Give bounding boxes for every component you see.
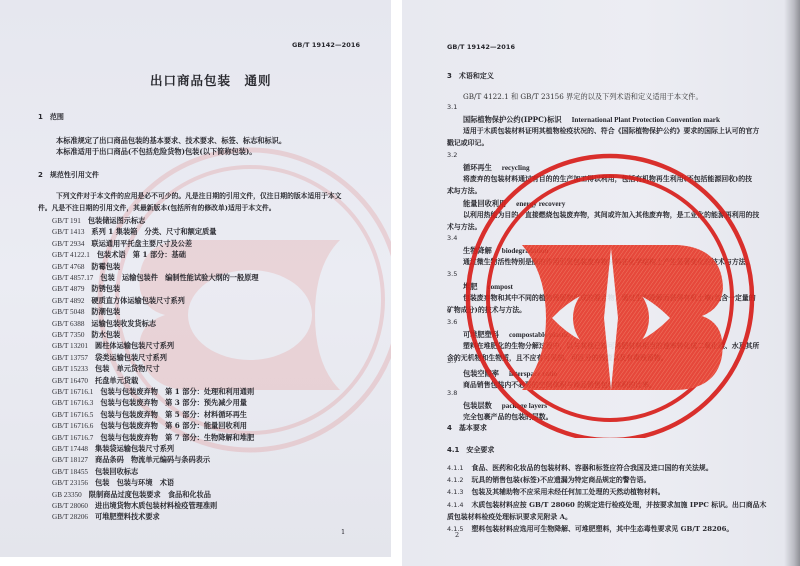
reference-title: 包装与包装废弃物 第 7 部分：生物降解和堆肥 (100, 433, 254, 442)
section-3-heading: 3 术语和定义 (447, 72, 494, 81)
reference-item: GB/T 16716.7包装与包装废弃物 第 7 部分：生物降解和堆肥 (52, 433, 254, 443)
reference-title: 硬质直方体运输包装尺寸系列 (91, 296, 184, 305)
page-header: GB/T 19142—2016 (447, 43, 515, 52)
reference-code: GB/T 16470 (52, 377, 88, 386)
section-2-intro: 下列文件对于本文件的应用是必不可少的。凡是注日期的引用文件，仅注日期的版本适用于… (56, 192, 341, 201)
page-header: GB/T 19142—2016 (292, 41, 360, 50)
requirement-number: 4.1.2 (447, 476, 464, 484)
reference-code: GB/T 18127 (52, 456, 88, 465)
reference-item: GB/T 16716.5包装与包装废弃物 第 5 部分：材料循环再生 (52, 410, 247, 420)
reference-title: 包装与包装废弃物 第 3 部分：预先减少用量 (100, 398, 247, 407)
reference-code: GB/T 16716.5 (52, 411, 93, 420)
reference-title: 可堆肥塑料技术要求 (95, 512, 160, 521)
reference-title: 包装 单元货物尺寸 (95, 364, 160, 373)
term-heading: 国际植物保护公约(IPPC)标识International Plant Prot… (463, 115, 720, 125)
reference-item: GB 23350限制商品过度包装要求 食品和化妆品 (52, 490, 211, 500)
reference-title: 集装袋运输包装尺寸系列 (95, 444, 174, 453)
reference-code: GB/T 4879 (52, 285, 84, 294)
requirement-item: 4.1.5塑料包装材料应选用可生物降解、可堆肥塑料，其中生态毒性要求见 GB/T… (447, 525, 733, 534)
term-number: 3.2 (447, 151, 457, 160)
reference-item: GB/T 17448集装袋运输包装尺寸系列 (52, 444, 174, 454)
reference-title: 包装与包装废弃物 第 1 部分：处理和利用通则 (100, 387, 254, 396)
reference-title: 包装储运图示标志 (88, 216, 146, 225)
reference-code: GB/T 4122.1 (52, 251, 90, 260)
reference-code: GB/T 16716.1 (52, 388, 93, 397)
reference-item: GB/T 1413系列 1 集装箱 分类、尺寸和额定质量 (52, 227, 216, 237)
term-english: International Plant Protection Conventio… (572, 116, 720, 124)
requirement-number: 4.1.4 (447, 501, 464, 509)
reference-code: GB/T 28206 (52, 513, 88, 522)
reference-code: GB/T 4892 (52, 297, 84, 306)
reference-item: GB/T 4892硬质直方体运输包装尺寸系列 (52, 296, 185, 306)
reference-title: 包装术语 第 1 部分：基础 (97, 250, 186, 259)
term-number: 3.3 (447, 187, 457, 196)
reference-title: 袋类运输包装尺寸系列 (95, 353, 167, 362)
reference-code: GB/T 28060 (52, 502, 88, 511)
reference-code: GB/T 15233 (52, 365, 88, 374)
reference-title: 限制商品过度包装要求 食品和化妆品 (89, 490, 211, 499)
requirement-number: 4.1.1 (447, 464, 464, 472)
section-1-paragraph: 本标准适用于出口商品(不包括危险货物)包装(以下简称包装)。 (56, 147, 256, 156)
reference-item: GB/T 18455包装回收标志 (52, 467, 138, 477)
reference-title: 运输包装收发货标志 (91, 319, 156, 328)
document-title: 出口商品包装 通则 (150, 76, 272, 85)
reference-item: GB/T 13201圆柱体运输包装尺寸系列 (52, 341, 174, 351)
section-3-intro: GB/T 4122.1 和 GB/T 23156 界定的以及下列术语和定义适用于… (463, 92, 703, 101)
reference-code: GB/T 23156 (52, 479, 88, 488)
section-2-intro: 件。凡是不注日期的引用文件，其最新版本(包括所有的修改单)适用于本文件。 (38, 204, 276, 213)
reference-item: GB/T 16716.6包装与包装废弃物 第 6 部分：能量回收利用 (52, 421, 247, 431)
requirement-text: 玩具的销售包装(标签)不应遗漏为特定商品规定的警告语。 (472, 476, 651, 484)
reference-item: GB/T 4122.1包装术语 第 1 部分：基础 (52, 250, 186, 260)
reference-code: GB/T 6388 (52, 320, 84, 329)
reference-title: 防锈包装 (91, 284, 120, 293)
requirement-text: 塑料包装材料应选用可生物降解、可堆肥塑料，其中生态毒性要求见 GB/T 2820… (472, 525, 734, 533)
term-number: 3.6 (447, 318, 457, 327)
section-4-1-heading: 4.1 安全要求 (447, 446, 494, 455)
reference-item: GB/T 16716.3包装与包装废弃物 第 3 部分：预先减少用量 (52, 398, 247, 408)
reference-item: GB/T 18127商品条码 物流单元编码与条码表示 (52, 455, 210, 465)
requirement-item: 4.1.1食品、医药和化妆品的包装材料、容器和标签应符合我国及进口国的有关法规。 (447, 464, 713, 473)
reference-item: GB/T 4768防霉包装 (52, 262, 120, 272)
reference-item: GB/T 13757袋类运输包装尺寸系列 (52, 353, 167, 363)
reference-title: 商品条码 物流单元编码与条码表示 (95, 455, 210, 464)
left-page: GB/T 19142—2016 出口商品包装 通则 1 范围 本标准规定了出口商… (0, 0, 391, 557)
reference-code: GB 23350 (52, 491, 82, 500)
reference-item: GB/T 4857.17包装 运输包装件 编制性能试验大纲的一般原理 (52, 273, 259, 283)
reference-item: GB/T 28060进出境货物木质包装材料检疫管理准则 (52, 501, 217, 511)
section-1-paragraph: 本标准规定了出口商品包装的基本要求、技术要求、标签、标志和标识。 (56, 136, 286, 145)
reference-code: GB/T 17448 (52, 445, 88, 454)
reference-code: GB/T 18455 (52, 468, 88, 477)
reference-title: 包装 包装与环境 术语 (95, 478, 174, 487)
reference-code: GB/T 4857.17 (52, 274, 93, 283)
reference-code: GB/T 7350 (52, 331, 84, 340)
reference-item: GB/T 7350防水包装 (52, 330, 120, 340)
reference-title: 圆柱体运输包装尺寸系列 (95, 341, 174, 350)
requirement-text: 食品、医药和化妆品的包装材料、容器和标签应符合我国及进口国的有关法规。 (472, 464, 713, 472)
reference-title: 包装与包装废弃物 第 5 部分：材料循环再生 (100, 410, 247, 419)
reference-title: 防霉包装 (91, 262, 120, 271)
reference-item: GB/T 23156包装 包装与环境 术语 (52, 478, 174, 488)
reference-title: 系列 1 集装箱 分类、尺寸和额定质量 (91, 227, 216, 236)
reference-code: GB/T 16716.7 (52, 434, 93, 443)
reference-title: 防潮包装 (91, 307, 120, 316)
section-1-heading: 1 范围 (38, 113, 64, 122)
reference-title: 联运通用平托盘主要尺寸及公差 (91, 239, 192, 248)
term-chinese: 国际植物保护公约(IPPC)标识 (463, 115, 562, 124)
term-number: 3.5 (447, 270, 457, 279)
requirement-item: 4.1.4木质包装材料应按 GB/T 28060 的规定进行检疫处理，并按要求加… (447, 501, 766, 510)
section-2-heading: 2 规范性引用文件 (38, 171, 99, 180)
requirement-number: 4.1.3 (447, 488, 464, 496)
term-number: 3.8 (447, 389, 457, 398)
reference-item: GB/T 16470托盘单元货载 (52, 376, 138, 386)
reference-title: 托盘单元货载 (95, 376, 138, 385)
reference-code: GB/T 13201 (52, 342, 88, 351)
reference-item: GB/T 4879防锈包装 (52, 284, 120, 294)
requirement-item: 质包装材料检疫处理标识要求见附录 A。 (447, 513, 572, 522)
reference-item: GB/T 191包装储运图示标志 (52, 216, 145, 226)
reference-title: 进出境货物木质包装材料检疫管理准则 (95, 501, 217, 510)
requirement-item: 4.1.2玩具的销售包装(标签)不应遗漏为特定商品规定的警告语。 (447, 476, 650, 485)
reference-item: GB/T 15233包装 单元货物尺寸 (52, 364, 160, 374)
reference-code: GB/T 1413 (52, 228, 84, 237)
requirement-text: 质包装材料检疫处理标识要求见附录 A。 (447, 513, 572, 521)
reference-code: GB/T 5048 (52, 308, 84, 317)
reference-item: GB/T 2934联运通用平托盘主要尺寸及公差 (52, 239, 192, 249)
reference-code: GB/T 16716.3 (52, 399, 93, 408)
reference-item: GB/T 28206可堆肥塑料技术要求 (52, 512, 160, 522)
requirement-text: 包装及其辅助物不应采用未经任何加工处理的天然动植物材料。 (472, 488, 665, 496)
right-page: GB/T 19142—2016 3 术语和定义 GB/T 4122.1 和 GB… (402, 0, 800, 566)
reference-title: 包装回收标志 (95, 467, 138, 476)
term-number: 3.1 (447, 103, 457, 112)
reference-code: GB/T 2934 (52, 240, 84, 249)
reference-code: GB/T 13757 (52, 354, 88, 363)
reference-code: GB/T 4768 (52, 263, 84, 272)
term-number: 3.4 (447, 234, 457, 243)
requirement-item: 4.1.3包装及其辅助物不应采用未经任何加工处理的天然动植物材料。 (447, 488, 664, 497)
reference-code: GB/T 16716.6 (52, 422, 93, 431)
page-number: 1 (341, 528, 345, 537)
reference-code: GB/T 191 (52, 217, 81, 226)
requirement-text: 木质包装材料应按 GB/T 28060 的规定进行检疫处理，并按要求加施 IPP… (472, 501, 767, 509)
reference-title: 包装 运输包装件 编制性能试验大纲的一般原理 (100, 273, 258, 282)
official-seal-stamp-icon (460, 128, 760, 438)
term-number: 3.7 (447, 357, 457, 366)
reference-title: 防水包装 (91, 330, 120, 339)
page-number: 2 (455, 531, 459, 540)
reference-item: GB/T 16716.1包装与包装废弃物 第 1 部分：处理和利用通则 (52, 387, 254, 397)
reference-item: GB/T 5048防潮包装 (52, 307, 120, 317)
reference-item: GB/T 6388运输包装收发货标志 (52, 319, 156, 329)
reference-title: 包装与包装废弃物 第 6 部分：能量回收利用 (100, 421, 247, 430)
